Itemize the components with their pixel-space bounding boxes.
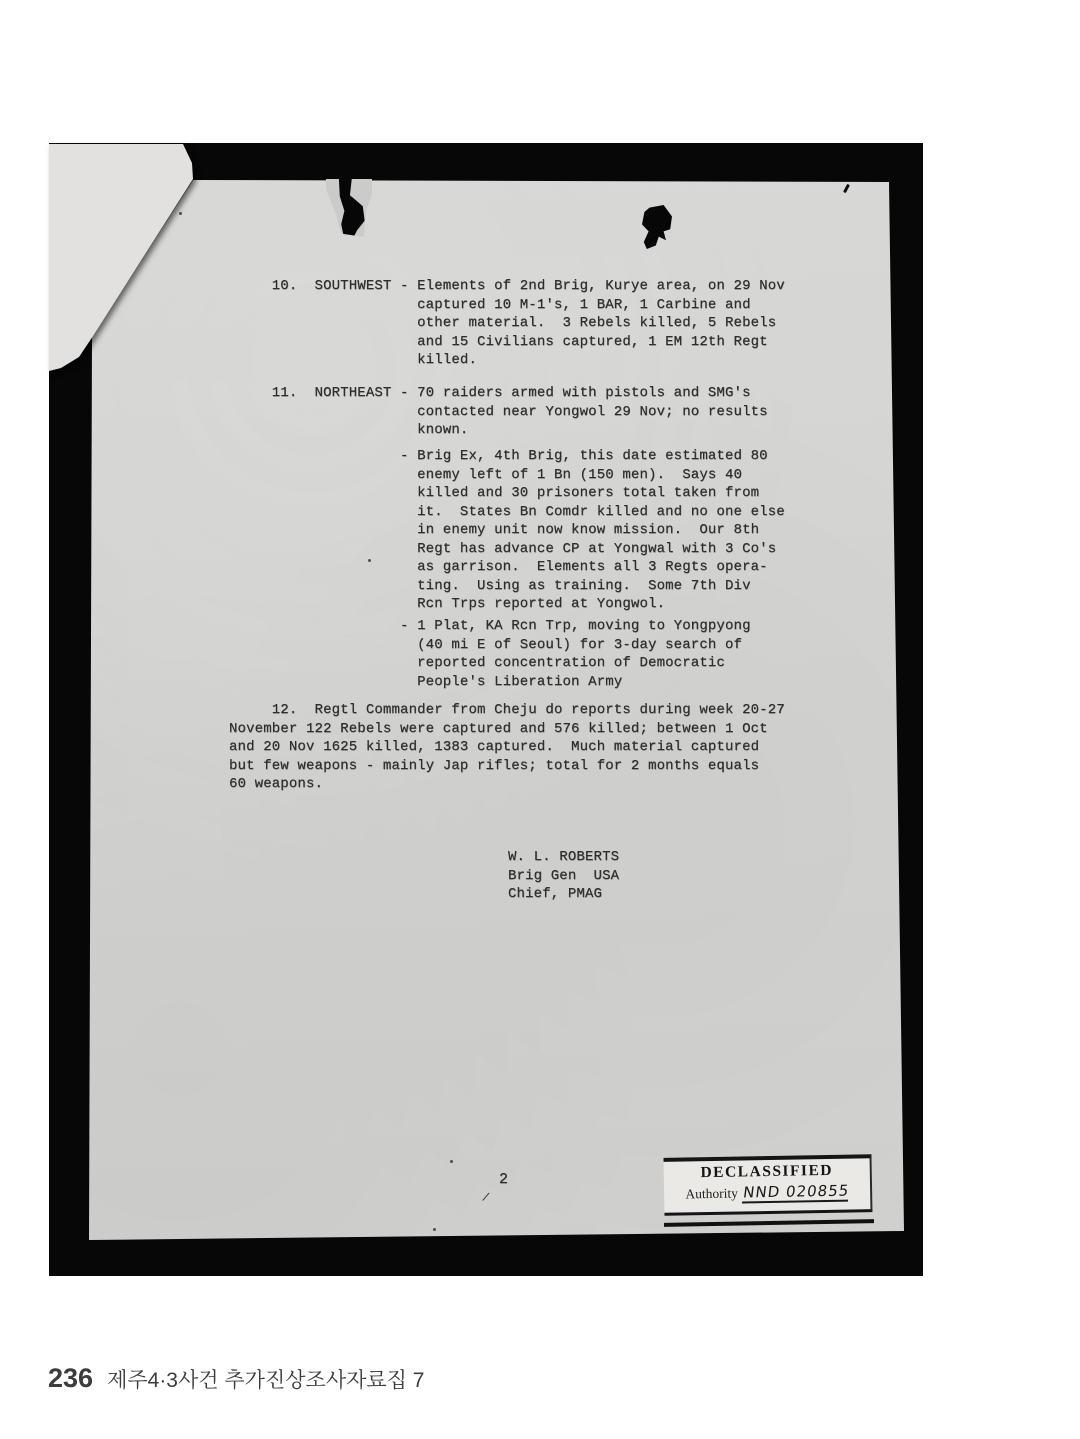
declassified-stamp: DECLASSIFIED Authority NND 020855 [664,1154,873,1216]
paper-speck [433,1228,436,1231]
paper-speck [450,1160,453,1163]
typed-paragraph-item11c: - 1 Plat, KA Rcn Trp, moving to Yongpyon… [229,617,751,691]
stamp-authority-label: Authority [685,1186,738,1203]
paper-speck [179,212,182,215]
typed-paragraph-item11: 11. NORTHEAST - 70 raiders armed with pi… [229,384,768,440]
book-page-number: 236 [48,1363,93,1394]
book-caption: 236 제주4·3사건 추가진상조사자료집 7 [48,1363,424,1394]
page-number: 2 [499,1171,508,1188]
paper-speck [368,559,371,562]
paper-speck [540,300,542,302]
signature-block: W. L. ROBERTS Brig Gen USA Chief, PMAG [508,848,619,904]
declassified-stamp-title: DECLASSIFIED [664,1161,870,1183]
typed-paragraph-item10: 10. SOUTHWEST - Elements of 2nd Brig, Ku… [229,277,785,370]
stamp-authority-handwriting: NND 020855 [742,1182,850,1204]
typed-paragraph-item12: 12. Regtl Commander from Cheju do report… [229,701,785,794]
page-background: 10. SOUTHWEST - Elements of 2nd Brig, Ku… [0,0,1080,1439]
book-title: 제주4·3사건 추가진상조사자료집 7 [107,1364,424,1394]
typed-paragraph-item11b: - Brig Ex, 4th Brig, this date estimated… [229,447,785,614]
